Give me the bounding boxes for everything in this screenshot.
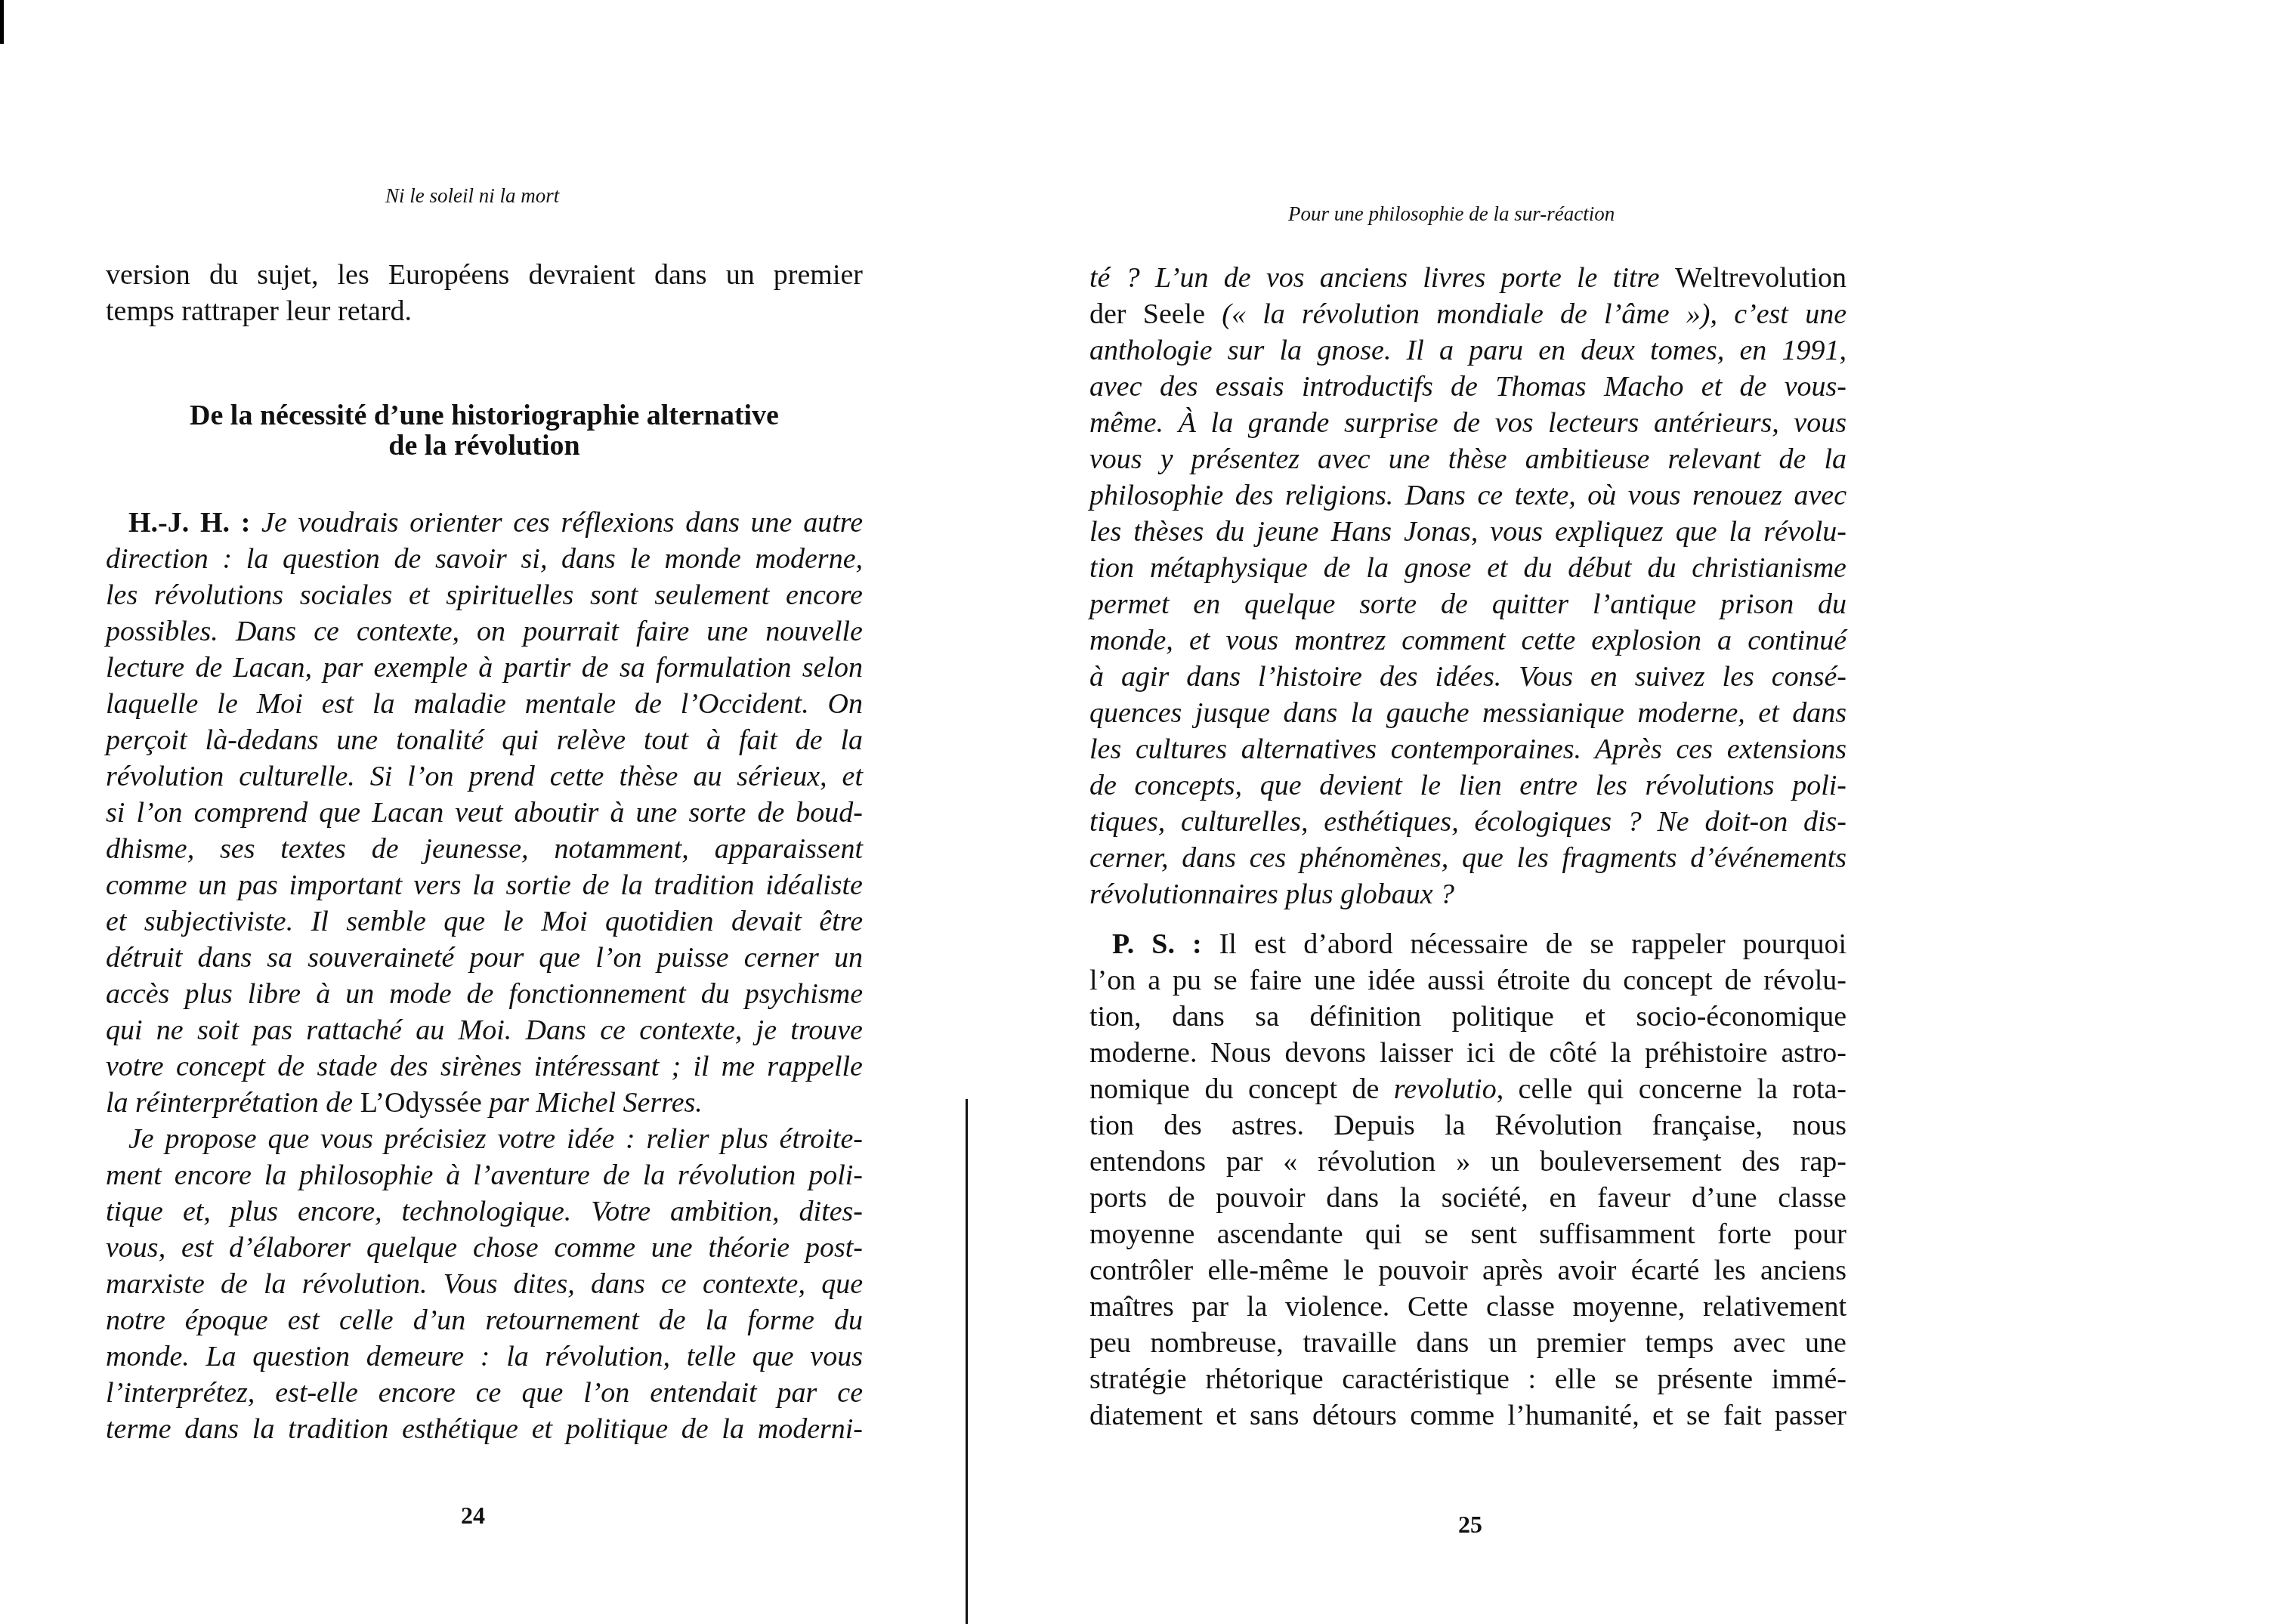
book-title: der Seele bbox=[1089, 298, 1205, 330]
text-line: nomique du concept de revolutio, celle q… bbox=[1089, 1071, 1846, 1107]
speaker-label: P. S. : bbox=[1112, 928, 1202, 960]
page-number: 25 bbox=[1458, 1511, 1482, 1539]
text-line: P. S. : Il est d’abord nécessaire de se … bbox=[1089, 926, 1846, 962]
question-paragraph: té ? L’un de vos anciens livres porte le… bbox=[1089, 260, 1846, 912]
text-line: der Seele (« la révolution mondiale de l… bbox=[1089, 296, 1846, 332]
text-line: tion, dans sa définition politique et so… bbox=[1089, 999, 1846, 1035]
text-line: ports de pouvoir dans la société, en fav… bbox=[1089, 1180, 1846, 1216]
text-line: entendons par « révolution » un boulever… bbox=[1089, 1144, 1846, 1180]
text-line: tion des astres. Depuis la Révolution fr… bbox=[1089, 1107, 1846, 1144]
text-line: de concepts, que devient le lien entre l… bbox=[1089, 767, 1846, 804]
text-line: les cultures alternatives contemporaines… bbox=[1089, 731, 1846, 767]
latin-term: revolutio bbox=[1394, 1073, 1497, 1105]
text-line: permet en quelque sorte de quitter l’ant… bbox=[1089, 586, 1846, 622]
text-line: l’on a pu se faire une idée aussi étroit… bbox=[1089, 962, 1846, 999]
text-line: philosophie des religions. Dans ce texte… bbox=[1089, 477, 1846, 514]
text-line: quences jusque dans la gauche messianiqu… bbox=[1089, 695, 1846, 731]
text-line: maîtres par la violence. Cette classe mo… bbox=[1089, 1289, 1846, 1325]
text-line: peu nombreuse, travaille dans un premier… bbox=[1089, 1325, 1846, 1361]
text-line: moyenne ascendante qui se sent suffisamm… bbox=[1089, 1216, 1846, 1252]
text-line: avec des essais introductifs de Thomas M… bbox=[1089, 369, 1846, 405]
running-head: Pour une philosophie de la sur-réaction bbox=[1288, 202, 1615, 226]
text-line: tion métaphysique de la gnose et du débu… bbox=[1089, 550, 1846, 586]
right-page: Pour une philosophie de la sur-réaction … bbox=[0, 0, 2293, 1624]
text-line: té ? L’un de vos anciens livres porte le… bbox=[1089, 260, 1846, 296]
text-line: à agir dans l’histoire des idées. Vous e… bbox=[1089, 659, 1846, 695]
text-line: vous y présentez avec une thèse ambitieu… bbox=[1089, 441, 1846, 477]
text-line: anthologie sur la gnose. Il a paru en de… bbox=[1089, 332, 1846, 369]
text-line: stratégie rhétorique caractéristique : e… bbox=[1089, 1361, 1846, 1397]
text-line: contrôler elle-même le pouvoir après avo… bbox=[1089, 1252, 1846, 1289]
text-line: diatement et sans détours comme l’humani… bbox=[1089, 1397, 1846, 1434]
text-line: cerner, dans ces phénomènes, que les fra… bbox=[1089, 840, 1846, 876]
text-line: moderne. Nous devons laisser ici de côté… bbox=[1089, 1035, 1846, 1071]
text-line: révolutionnaires plus globaux ? bbox=[1089, 876, 1846, 912]
answer-paragraph: P. S. : Il est d’abord nécessaire de se … bbox=[1089, 926, 1846, 1434]
text-line: tiques, culturelles, esthétiques, écolog… bbox=[1089, 804, 1846, 840]
text-line: les thèses du jeune Hans Jonas, vous exp… bbox=[1089, 514, 1846, 550]
book-title: Weltrevolution bbox=[1675, 262, 1846, 294]
text-line: monde, et vous montrez comment cette exp… bbox=[1089, 622, 1846, 659]
text-line: même. À la grande surprise de vos lecteu… bbox=[1089, 405, 1846, 441]
